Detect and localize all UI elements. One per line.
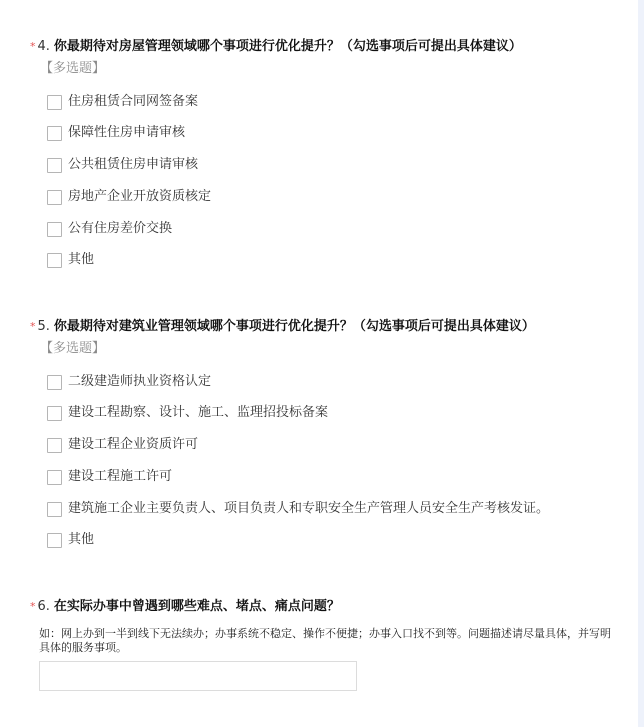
option-label: 建设工程企业资质许可 bbox=[68, 437, 198, 453]
checkbox[interactable] bbox=[47, 533, 62, 548]
question-title: *4.你最期待对房屋管理领域哪个事项进行优化提升？（勾选事项后可提出具体建议） bbox=[30, 39, 522, 55]
required-mark: * bbox=[30, 600, 36, 613]
question-title: *6.在实际办事中曾遇到哪些难点、堵点、痛点问题？ bbox=[30, 599, 340, 615]
option-checkbox[interactable]: 公共租赁住房申请审核 bbox=[47, 157, 198, 173]
question-text: 你最期待对房屋管理领域哪个事项进行优化提升？（勾选事项后可提出具体建议） bbox=[54, 39, 522, 54]
option-checkbox[interactable]: 建设工程勘察、设计、施工、监理招投标备案 bbox=[47, 405, 328, 421]
required-mark: * bbox=[30, 40, 36, 53]
option-checkbox[interactable]: 保障性住房申请审核 bbox=[47, 125, 185, 141]
checkbox[interactable] bbox=[47, 158, 62, 173]
checkbox[interactable] bbox=[47, 406, 62, 421]
checkbox[interactable] bbox=[47, 190, 62, 205]
option-checkbox[interactable]: 建筑施工企业主要负责人、项目负责人和专职安全生产管理人员安全生产考核发证。 bbox=[47, 501, 549, 517]
option-checkbox[interactable]: 房地产企业开放资质核定 bbox=[47, 189, 211, 205]
option-checkbox[interactable]: 二级建造师执业资格认定 bbox=[47, 374, 211, 390]
question-number: 5. bbox=[38, 319, 50, 334]
checkbox[interactable] bbox=[47, 470, 62, 485]
checkbox[interactable] bbox=[47, 95, 62, 110]
option-label: 建设工程施工许可 bbox=[68, 469, 172, 485]
option-checkbox[interactable]: 建设工程施工许可 bbox=[47, 469, 172, 485]
question-type-label: 【多选题】 bbox=[40, 341, 105, 357]
checkbox[interactable] bbox=[47, 502, 62, 517]
option-label: 二级建造师执业资格认定 bbox=[68, 374, 211, 390]
option-label: 建筑施工企业主要负责人、项目负责人和专职安全生产管理人员安全生产考核发证。 bbox=[68, 501, 549, 517]
option-checkbox[interactable]: 建设工程企业资质许可 bbox=[47, 437, 198, 453]
scrollbar-track[interactable] bbox=[638, 0, 644, 727]
option-label: 房地产企业开放资质核定 bbox=[68, 189, 211, 205]
option-checkbox[interactable]: 住房租赁合同网签备案 bbox=[47, 94, 198, 110]
required-mark: * bbox=[30, 320, 36, 333]
question-number: 6. bbox=[38, 599, 50, 614]
question-hint: 如：网上办到一半到线下无法续办；办事系统不稳定、操作不便捷；办事入口找不到等。问… bbox=[39, 627, 619, 655]
option-label: 公共租赁住房申请审核 bbox=[68, 157, 198, 173]
answer-textarea[interactable] bbox=[39, 661, 357, 691]
option-checkbox[interactable]: 其他 bbox=[47, 532, 94, 548]
question-title: *5.你最期待对建筑业管理领域哪个事项进行优化提升？（勾选事项后可提出具体建议） bbox=[30, 319, 535, 335]
option-label: 建设工程勘察、设计、施工、监理招投标备案 bbox=[68, 405, 328, 421]
option-label: 其他 bbox=[68, 252, 94, 268]
checkbox[interactable] bbox=[47, 253, 62, 268]
question-text: 在实际办事中曾遇到哪些难点、堵点、痛点问题？ bbox=[54, 599, 340, 614]
option-checkbox[interactable]: 其他 bbox=[47, 252, 94, 268]
option-label: 其他 bbox=[68, 532, 94, 548]
question-type-label: 【多选题】 bbox=[40, 61, 105, 77]
checkbox[interactable] bbox=[47, 222, 62, 237]
option-checkbox[interactable]: 公有住房差价交换 bbox=[47, 221, 172, 237]
option-label: 保障性住房申请审核 bbox=[68, 125, 185, 141]
checkbox[interactable] bbox=[47, 438, 62, 453]
question-text: 你最期待对建筑业管理领域哪个事项进行优化提升？（勾选事项后可提出具体建议） bbox=[54, 319, 535, 334]
question-number: 4. bbox=[38, 39, 50, 54]
checkbox[interactable] bbox=[47, 375, 62, 390]
checkbox[interactable] bbox=[47, 126, 62, 141]
option-label: 住房租赁合同网签备案 bbox=[68, 94, 198, 110]
option-label: 公有住房差价交换 bbox=[68, 221, 172, 237]
